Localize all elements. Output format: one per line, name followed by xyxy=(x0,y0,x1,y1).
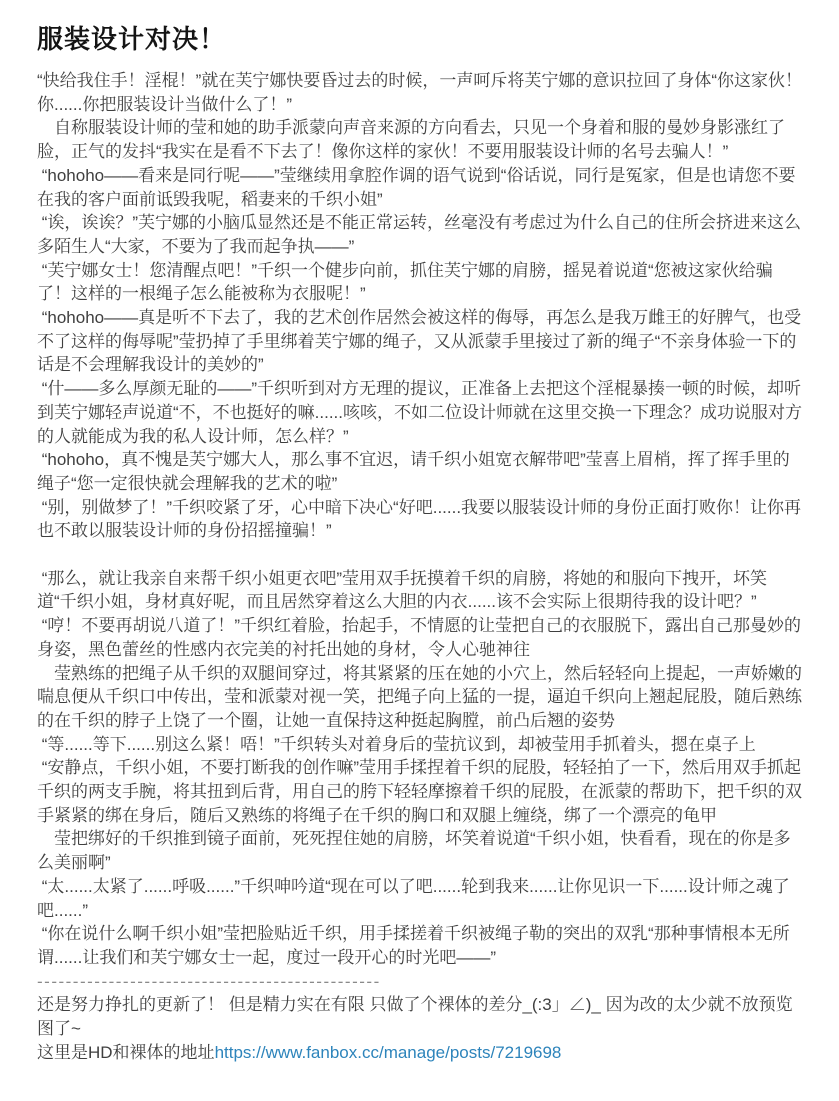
story-body: “快给我住手！淫棍！”就在芙宁娜快要昏过去的时候，一声呵斥将芙宁娜的意识拉回了身… xyxy=(37,69,803,970)
story-paragraph: “hohoho——真是听不下去了，我的艺术创作居然会被这样的侮辱，再怎么是我万雌… xyxy=(37,306,803,377)
story-paragraph: “hohoho——看来是同行呢——”莹继续用拿腔作调的语气说到“俗话说，同行是冤… xyxy=(37,164,803,211)
story-paragraph: “诶，诶诶？”芙宁娜的小脑瓜显然还是不能正常运转，丝毫没有考虑过为什么自己的住所… xyxy=(37,211,803,258)
story-paragraph: “太......太紧了......呼吸......”千织呻吟道“现在可以了吧..… xyxy=(37,875,803,922)
page-title: 服装设计对决！ xyxy=(37,22,803,56)
story-paragraph: “hohoho，真不愧是芙宁娜大人，那么事不宜迟，请千织小姐宽衣解带吧”莹喜上眉… xyxy=(37,448,803,495)
footer-link-line: 这里是HD和裸体的地址https://www.fanbox.cc/manage/… xyxy=(37,1041,803,1065)
story-paragraph: “安静点，千织小姐，不要打断我的创作嘛”莹用手揉捏着千织的屁股，轻轻拍了一下，然… xyxy=(37,756,803,827)
story-paragraph: “芙宁娜女士！您清醒点吧！”千织一个健步向前，抓住芙宁娜的肩膀，摇晃着说道“您被… xyxy=(37,259,803,306)
story-paragraph: “快给我住手！淫棍！”就在芙宁娜快要昏过去的时候，一声呵斥将芙宁娜的意识拉回了身… xyxy=(37,69,803,116)
story-paragraph: 莹把绑好的千织推到镜子面前，死死捏住她的肩膀，坏笑着说道“千织小姐，快看看，现在… xyxy=(37,827,803,874)
fanbox-link[interactable]: https://www.fanbox.cc/manage/posts/72196… xyxy=(215,1043,562,1062)
separator-line: ----------------------------------------… xyxy=(37,970,803,994)
footer-note: 还是努力挣扎的更新了！ 但是精力实在有限 只做了个裸体的差分_(:3」∠)_ 因… xyxy=(37,993,803,1040)
story-paragraph: “等......等下......别这么紧！唔！”千织转头对着身后的莹抗议到，却被… xyxy=(37,733,803,757)
footer-link-prefix: 这里是HD和裸体的地址 xyxy=(37,1043,215,1062)
story-paragraph xyxy=(37,543,803,567)
story-paragraph: “你在说什么啊千织小姐”莹把脸贴近千织，用手揉搓着千织被绳子勒的突出的双乳“那种… xyxy=(37,922,803,969)
story-paragraph: “别，别做梦了！”千织咬紧了牙，心中暗下决心“好吧......我要以服装设计师的… xyxy=(37,496,803,543)
story-paragraph: “什——多么厚颜无耻的——”千织听到对方无理的提议，正准备上去把这个淫棍暴揍一顿… xyxy=(37,377,803,448)
story-paragraph: 自称服装设计师的莹和她的助手派蒙向声音来源的方向看去，只见一个身着和服的曼妙身影… xyxy=(37,116,803,163)
story-paragraph: “哼！不要再胡说八道了！”千织红着脸，抬起手，不情愿的让莹把自己的衣服脱下，露出… xyxy=(37,614,803,661)
story-paragraph: “那么，就让我亲自来帮千织小姐更衣吧”莹用双手抚摸着千织的肩膀，将她的和服向下拽… xyxy=(37,567,803,614)
document-page: 服装设计对决！ “快给我住手！淫棍！”就在芙宁娜快要昏过去的时候，一声呵斥将芙宁… xyxy=(0,0,839,1101)
story-paragraph: 莹熟练的把绳子从千织的双腿间穿过，将其紧紧的压在她的小穴上，然后轻轻向上提起，一… xyxy=(37,662,803,733)
